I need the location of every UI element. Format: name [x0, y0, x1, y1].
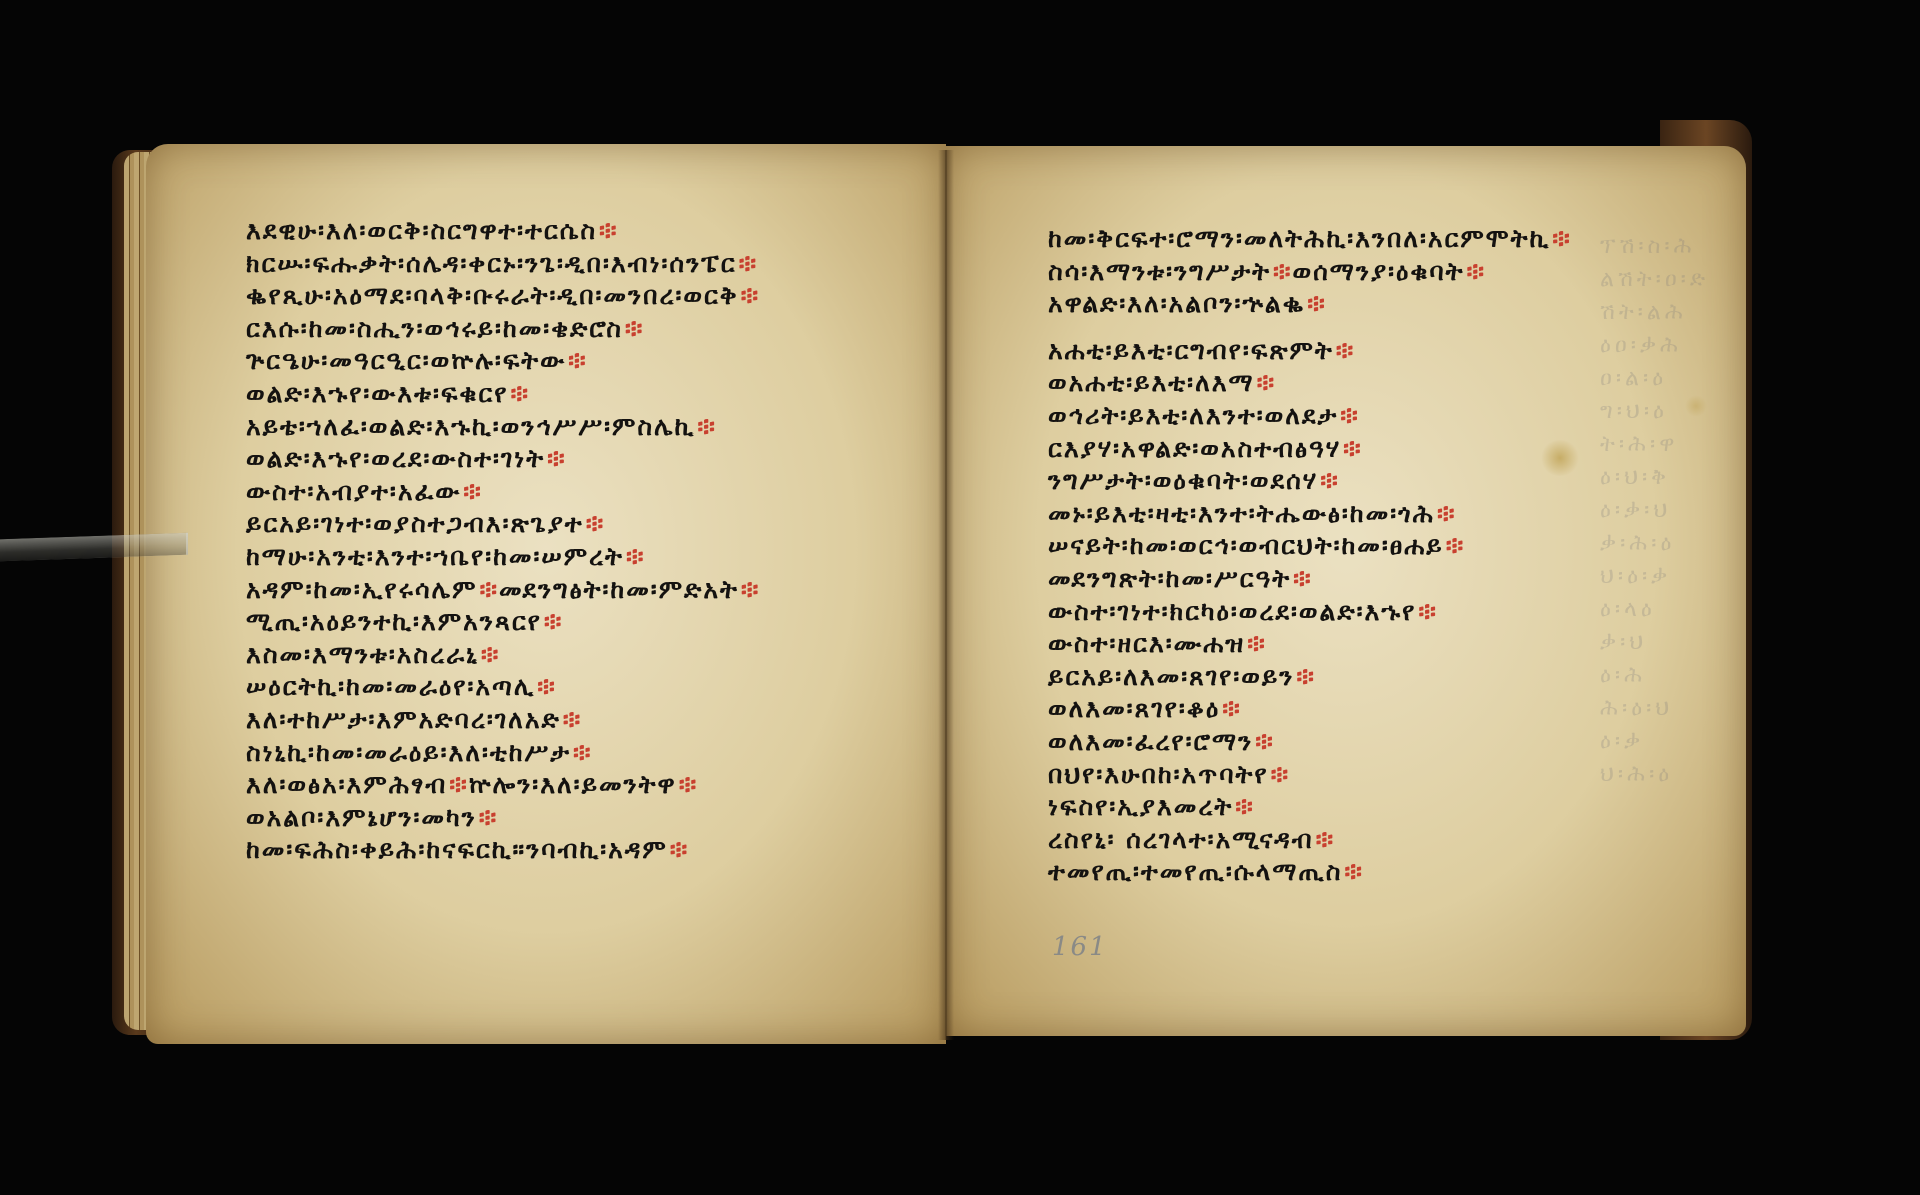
- rubric-mark: ፨: [1343, 434, 1363, 463]
- rubric-mark: ፨: [1340, 401, 1360, 430]
- rubric-mark: ፨: [741, 575, 761, 604]
- rubric-mark: ፨: [670, 835, 690, 864]
- text-line: እደዊሁ፡እለ፡ወርቅ፡ስርግዋተ፡ተርሴስ፨: [246, 215, 760, 248]
- rubric-mark: ፨: [1320, 466, 1340, 495]
- rubric-mark: ፨: [1437, 499, 1457, 528]
- text-line: ውስተ፡አብያተ፡አፈው፨: [246, 476, 760, 509]
- left-page-text: እደዊሁ፡እለ፡ወርቅ፡ስርግዋተ፡ተርሴስ፨ ክርሡ፡ፍሑቃት፡ሰሌዳ፡ቀርኑ…: [246, 215, 760, 867]
- text-line: ርእያሃ፡አዋልድ፡ወአስተብፅዓሃ፨: [1048, 433, 1572, 466]
- rubric-mark: ፨: [1255, 727, 1275, 756]
- folio-number: 161: [1052, 932, 1108, 962]
- text-line: ስሳ፡እማንቱ፡ንግሥታት፨ወሰማንያ፡ዕቁባት፨: [1048, 256, 1572, 289]
- text-line: መደንግጽት፡ከመ፡ሥርዓት፨: [1048, 563, 1572, 596]
- rubric-mark: ፨: [1222, 694, 1242, 723]
- rubric-mark: ፨: [741, 281, 761, 310]
- text-line: ንግሥታት፡ወዕቁባት፡ወደሰሃ፨: [1048, 465, 1572, 498]
- text-line: ውስተ፡ገነተ፡ክርካዕ፡ወረደ፡ወልድ፡እኁየ፨: [1048, 596, 1572, 629]
- rubric-mark: ፨: [1344, 857, 1364, 886]
- rubric-mark: ፨: [625, 314, 645, 343]
- rubric-mark: ፨: [573, 738, 593, 767]
- text-line: ወአልቦ፡እምኔሆን፡መካን፨: [246, 802, 760, 835]
- rubric-mark: ፨: [1336, 336, 1356, 365]
- text-line: ይርአይ፡ለእመ፡ጸገየ፡ወይን፨: [1048, 661, 1572, 694]
- text-line: ይርአይ፡ገነተ፡ወያስተጋብእ፡ጽጌያተ፨: [246, 508, 760, 541]
- text-line: ከመ፡ቅርፍተ፡ሮማን፡መለትሕኪ፡እንበለ፡አርምሞትኪ፨: [1048, 223, 1572, 256]
- text-line: ወኅሪት፡ይእቲ፡ለእንተ፡ወለደታ፨: [1048, 400, 1572, 433]
- text-line: እለ፡ተከሥታ፡እምአድባረ፡ገለአድ፨: [246, 704, 760, 737]
- rubric-mark: ፨: [544, 607, 564, 636]
- text-line: እስመ፡እማንቱ፡አስረራኒ፨: [246, 639, 760, 672]
- rubric-mark: ፨: [547, 444, 567, 473]
- text-line: ውስተ፡ዘርእ፡ሙሐዝ፨: [1048, 628, 1572, 661]
- rubric-mark: ፨: [1235, 792, 1255, 821]
- text-line: ርእሱ፡ከመ፡ስሒን፡ወኅሩይ፡ከመ፡ቄድሮስ፨: [246, 313, 760, 346]
- text-line: ክርሡ፡ፍሑቃት፡ሰሌዳ፡ቀርኑ፡ንጌ፡ዲበ፡እብነ፡ሰንፔር፨: [246, 248, 760, 281]
- rubric-mark: ፨: [586, 509, 606, 538]
- rubric-mark: ፨: [679, 770, 699, 799]
- text-line: ጕርዔሁ፡መዓርዒር፡ወኵሉ፡ፍትው፨: [246, 345, 760, 378]
- rubric-mark: ፨: [568, 346, 588, 375]
- book-gutter: [938, 150, 954, 1040]
- right-page-text: ከመ፡ቅርፍተ፡ሮማን፡መለትሕኪ፡እንበለ፡አርምሞትኪ፨ ስሳ፡እማንቱ፡ን…: [1048, 223, 1572, 889]
- text-line: ስነኒኪ፡ከመ፡መራዕይ፡እለ፡ቲከሥታ፨: [246, 737, 760, 770]
- rubric-mark: ፨: [1293, 564, 1313, 593]
- rubric-mark: ፨: [510, 379, 530, 408]
- text-line: ተመየጢ፡ተመየጢ፡ሱላማጢስ፨: [1048, 856, 1572, 889]
- text-line: ወለእመ፡ጸገየ፡ቆዕ፨: [1048, 693, 1572, 726]
- text-line: ከመ፡ፍሕስ፡ቀይሕ፡ከናፍርኪ።ንባብኪ፡አዳም፨: [246, 834, 760, 867]
- text-line: ነፍስየ፡ኢያእመረት፨: [1048, 791, 1572, 824]
- rubric-mark: ፨: [739, 249, 759, 278]
- rubric-mark: ፨: [1316, 825, 1336, 854]
- text-line: አሐቲ፡ይእቲ፡ርግብየ፡ፍጽምት፨: [1048, 335, 1572, 368]
- text-line: ወአሐቲ፡ይእቲ፡ለእማ፨: [1048, 367, 1572, 400]
- text-line: ቈየጺሁ፡አዕማደ፡ባላቅ፡ቡሩራት፡ዲበ፡መንበረ፡ወርቅ፨: [246, 280, 760, 313]
- rubric-mark: ፨: [479, 575, 499, 604]
- rubric-mark: ፨: [1247, 629, 1267, 658]
- rubric-mark: ፨: [563, 705, 583, 734]
- text-line: አዳም፡ከመ፡ኢየሩሳሌም፨መደንግፅት፡ከመ፡ምድአት፨: [246, 574, 760, 607]
- rubric-mark: ፨: [1552, 224, 1572, 253]
- rubric-mark: ፨: [479, 803, 499, 832]
- rubric-mark: ፨: [463, 477, 483, 506]
- text-line: ወለእመ፡ፈረየ፡ሮማን፨: [1048, 726, 1572, 759]
- rubric-mark: ፨: [1273, 257, 1293, 286]
- rubric-mark: ፨: [449, 770, 469, 799]
- bleed-through-text: ፕሽ፡ስ፡ሕ ልሽት፡ዐ፡ድ ሽት፡ልሕ ዕዐ፡ቃሕ ዐ፡ል፡ዕ ግ፡ህ፡ዕ ት…: [1600, 230, 1709, 791]
- rubric-mark: ፨: [1467, 257, 1487, 286]
- text-line: ከማሁ፡አንቲ፡እንተ፡ኀቤየ፡ከመ፡ሠምረት፨: [246, 541, 760, 574]
- rubric-mark: ፨: [537, 672, 557, 701]
- text-line: ወልድ፡እኁየ፡ውእቱ፡ፍቁርየ፨: [246, 378, 760, 411]
- rubric-mark: ፨: [1271, 760, 1291, 789]
- text-line: መኑ፡ይእቲ፡ዛቲ፡እንተ፡ትሔውፅ፡ከመ፡ጎሕ፨: [1048, 498, 1572, 531]
- open-manuscript: ፕሽ፡ስ፡ሕ ልሽት፡ዐ፡ድ ሽት፡ልሕ ዕዐ፡ቃሕ ዐ፡ል፡ዕ ግ፡ህ፡ዕ ት…: [0, 0, 1920, 1195]
- text-line: ወልድ፡እኁየ፡ወረደ፡ውስተ፡ገነት፨: [246, 443, 760, 476]
- rubric-mark: ፨: [697, 412, 717, 441]
- text-line: እለ፡ወፅአ፡እምሕፃብ፨ኵሎን፡እለ፡ይመንትዋ፨: [246, 769, 760, 802]
- rubric-mark: ፨: [626, 542, 646, 571]
- text-line: በህየ፡እሁበከ፡አጥባትየ፨: [1048, 759, 1572, 792]
- text-line: አዋልድ፡እለ፡አልቦን፡ኍልቈ፨: [1048, 288, 1572, 321]
- text-line: አይቴ፡ኀለፈ፡ወልድ፡እኁኪ፡ወንኅሥሥ፡ምስሌኪ፨: [246, 411, 760, 444]
- rubric-mark: ፨: [1307, 289, 1327, 318]
- rubric-mark: ፨: [1296, 662, 1316, 691]
- rubric-mark: ፨: [599, 216, 619, 245]
- rubric-mark: ፨: [1418, 597, 1438, 626]
- text-line: ረስየኒ፡ ሰረገላተ፡አሚናዳብ፨: [1048, 824, 1572, 857]
- text-line: ሚጢ፡አዕይንተኪ፡እምአንጻርየ፨: [246, 606, 760, 639]
- rubric-mark: ፨: [481, 640, 501, 669]
- rubric-mark: ፨: [1257, 368, 1277, 397]
- text-line: ሠዕርትኪ፡ከመ፡መራዕየ፡አጣሊ፨: [246, 671, 760, 704]
- text-line: ሠናይት፡ከመ፡ወርኅ፡ወብርህት፡ከመ፡ፀሐይ፨: [1048, 530, 1572, 563]
- rubric-mark: ፨: [1446, 531, 1466, 560]
